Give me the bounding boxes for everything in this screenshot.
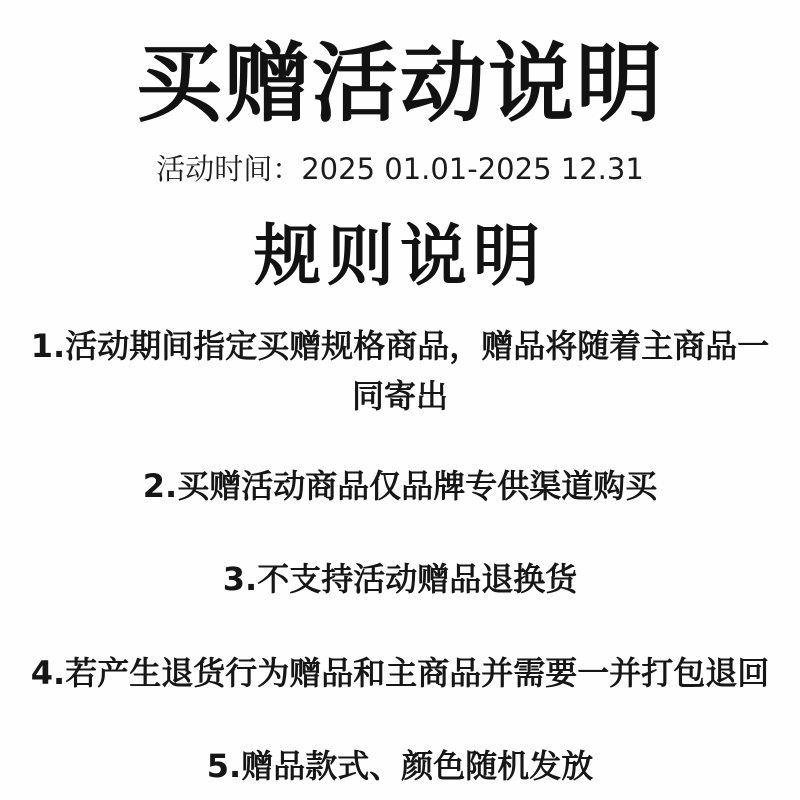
rule-item-4: 4.若产生退货行为赠品和主商品并需要一并打包退回 [28, 649, 772, 699]
rule-item-5: 5.赠品款式、颜色随机发放 [28, 742, 772, 792]
rule-item-2: 2.买赠活动商品仅品牌专供渠道购买 [28, 462, 772, 512]
rule-item-1: 1.活动期间指定买赠规格商品，赠品将随着主商品一同寄出 [28, 322, 772, 421]
rules-list: 1.活动期间指定买赠规格商品，赠品将随着主商品一同寄出 2.买赠活动商品仅品牌专… [28, 322, 772, 792]
section-title: 规则说明 [28, 216, 772, 296]
rule-item-3: 3.不支持活动赠品退换货 [28, 555, 772, 605]
page-title: 买赠活动说明 [28, 34, 772, 135]
buy-gift-notice-poster: 买赠活动说明 活动时间：2025 01.01-2025 12.31 规则说明 1… [0, 0, 800, 800]
activity-time: 活动时间：2025 01.01-2025 12.31 [28, 149, 772, 190]
